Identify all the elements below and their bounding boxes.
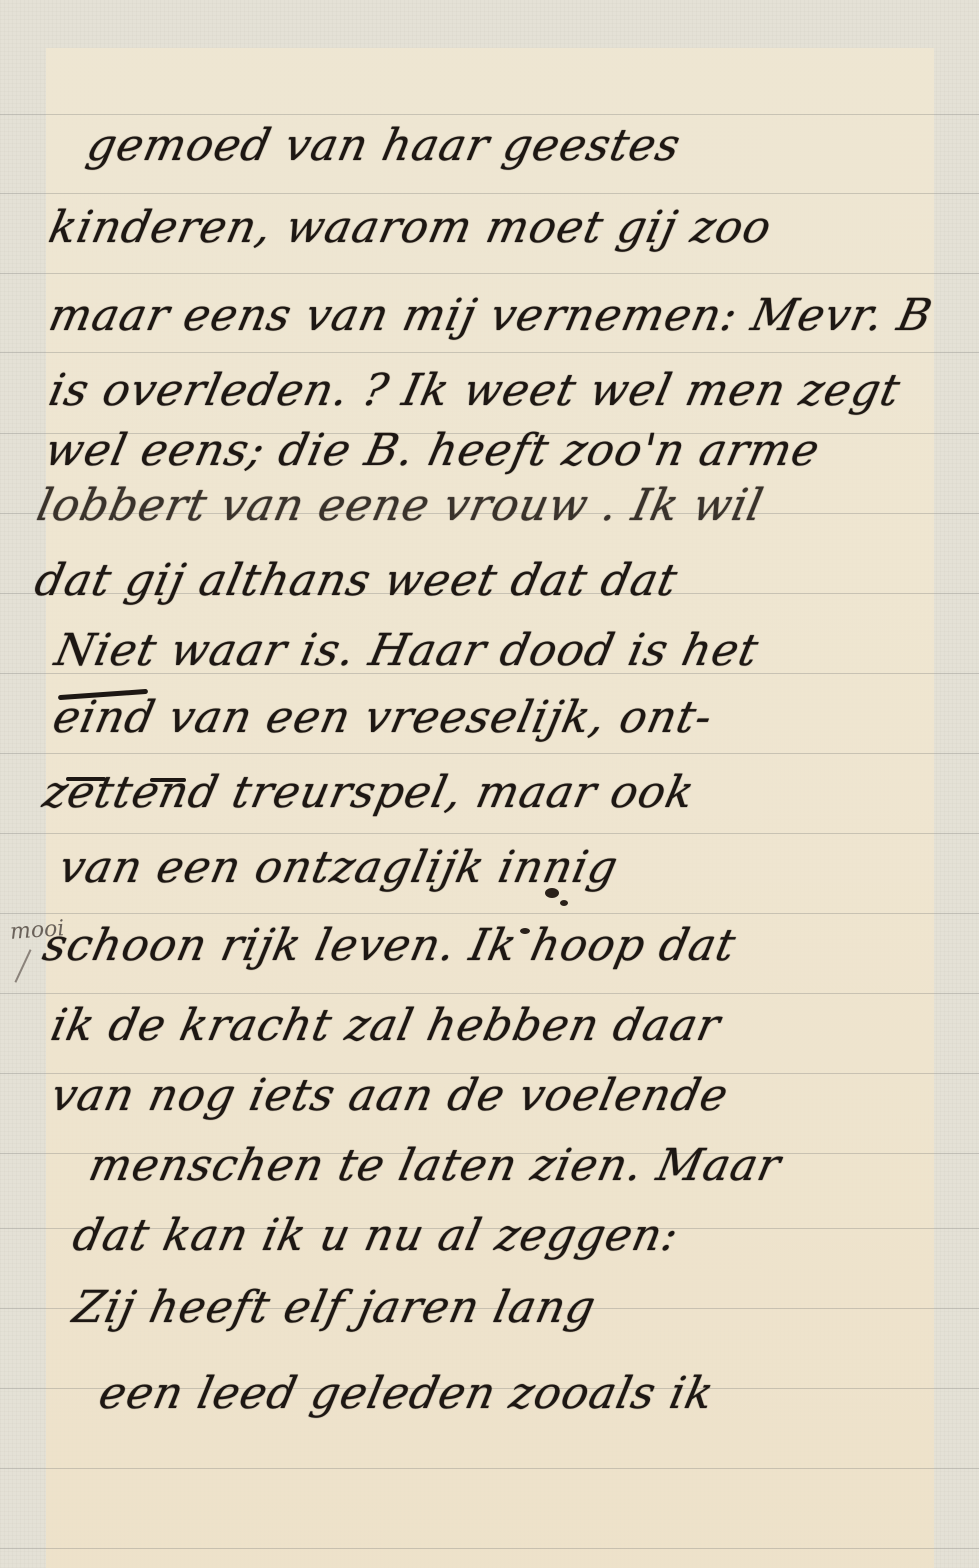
text-line-2: kinderen, waarom moet gij zoo — [45, 202, 777, 253]
ink-blot-3 — [520, 928, 530, 934]
paper-sheet: gemoed van haar geestes kinderen, waarom… — [0, 0, 979, 1568]
text-line-6: lobbert van eene vrouw . Ik wil — [33, 480, 769, 531]
ruled-line — [0, 1468, 979, 1469]
text-line-4: is overleden. ? Ik weet wel men zegt — [45, 365, 905, 416]
text-line-10: zettend treurspel, maar ook — [39, 767, 700, 818]
text-line-13: ik de kracht zal hebben daar — [47, 1000, 726, 1051]
text-line-14: van nog iets aan de voelende — [47, 1070, 734, 1121]
text-line-16: dat kan ik u nu al zeggen: — [69, 1210, 684, 1261]
ruled-line — [0, 193, 979, 194]
ruled-line — [0, 913, 979, 914]
ruled-line — [0, 993, 979, 994]
text-line-15: menschen te laten zien. Maar — [85, 1140, 786, 1191]
bar-zettend — [66, 777, 106, 781]
text-line-12: schoon rijk leven. Ik hoop dat — [39, 920, 741, 971]
ruled-line — [0, 352, 979, 353]
text-line-8: Niet waar is. Haar dood is het — [51, 625, 764, 676]
text-line-18: een leed geleden zooals ik — [95, 1368, 719, 1419]
ink-blot-2 — [560, 900, 568, 906]
margin-arrow-icon — [14, 949, 31, 982]
ruled-line — [0, 753, 979, 754]
ruled-line — [0, 1548, 979, 1549]
text-line-3: maar eens van mij vernemen: Mevr. B — [45, 290, 938, 341]
text-line-17: Zij heeft elf jaren lang — [69, 1282, 601, 1333]
text-line-11: van een ontzaglijk innig — [55, 842, 623, 893]
ruled-line — [0, 273, 979, 274]
margin-note-pencil: mooi — [9, 916, 65, 945]
text-line-5: wel eens; die B. heeft zoo'n arme — [41, 425, 825, 476]
ruled-line — [0, 833, 979, 834]
text-line-1: gemoed van haar geestes — [83, 120, 686, 171]
text-line-9: eind van een vreeselijk, ont- — [49, 692, 718, 743]
ink-blot — [545, 888, 559, 898]
ruled-line — [0, 114, 979, 115]
text-line-7: dat gij althans weet dat dat — [31, 555, 683, 606]
bar-treurspel — [150, 778, 186, 782]
